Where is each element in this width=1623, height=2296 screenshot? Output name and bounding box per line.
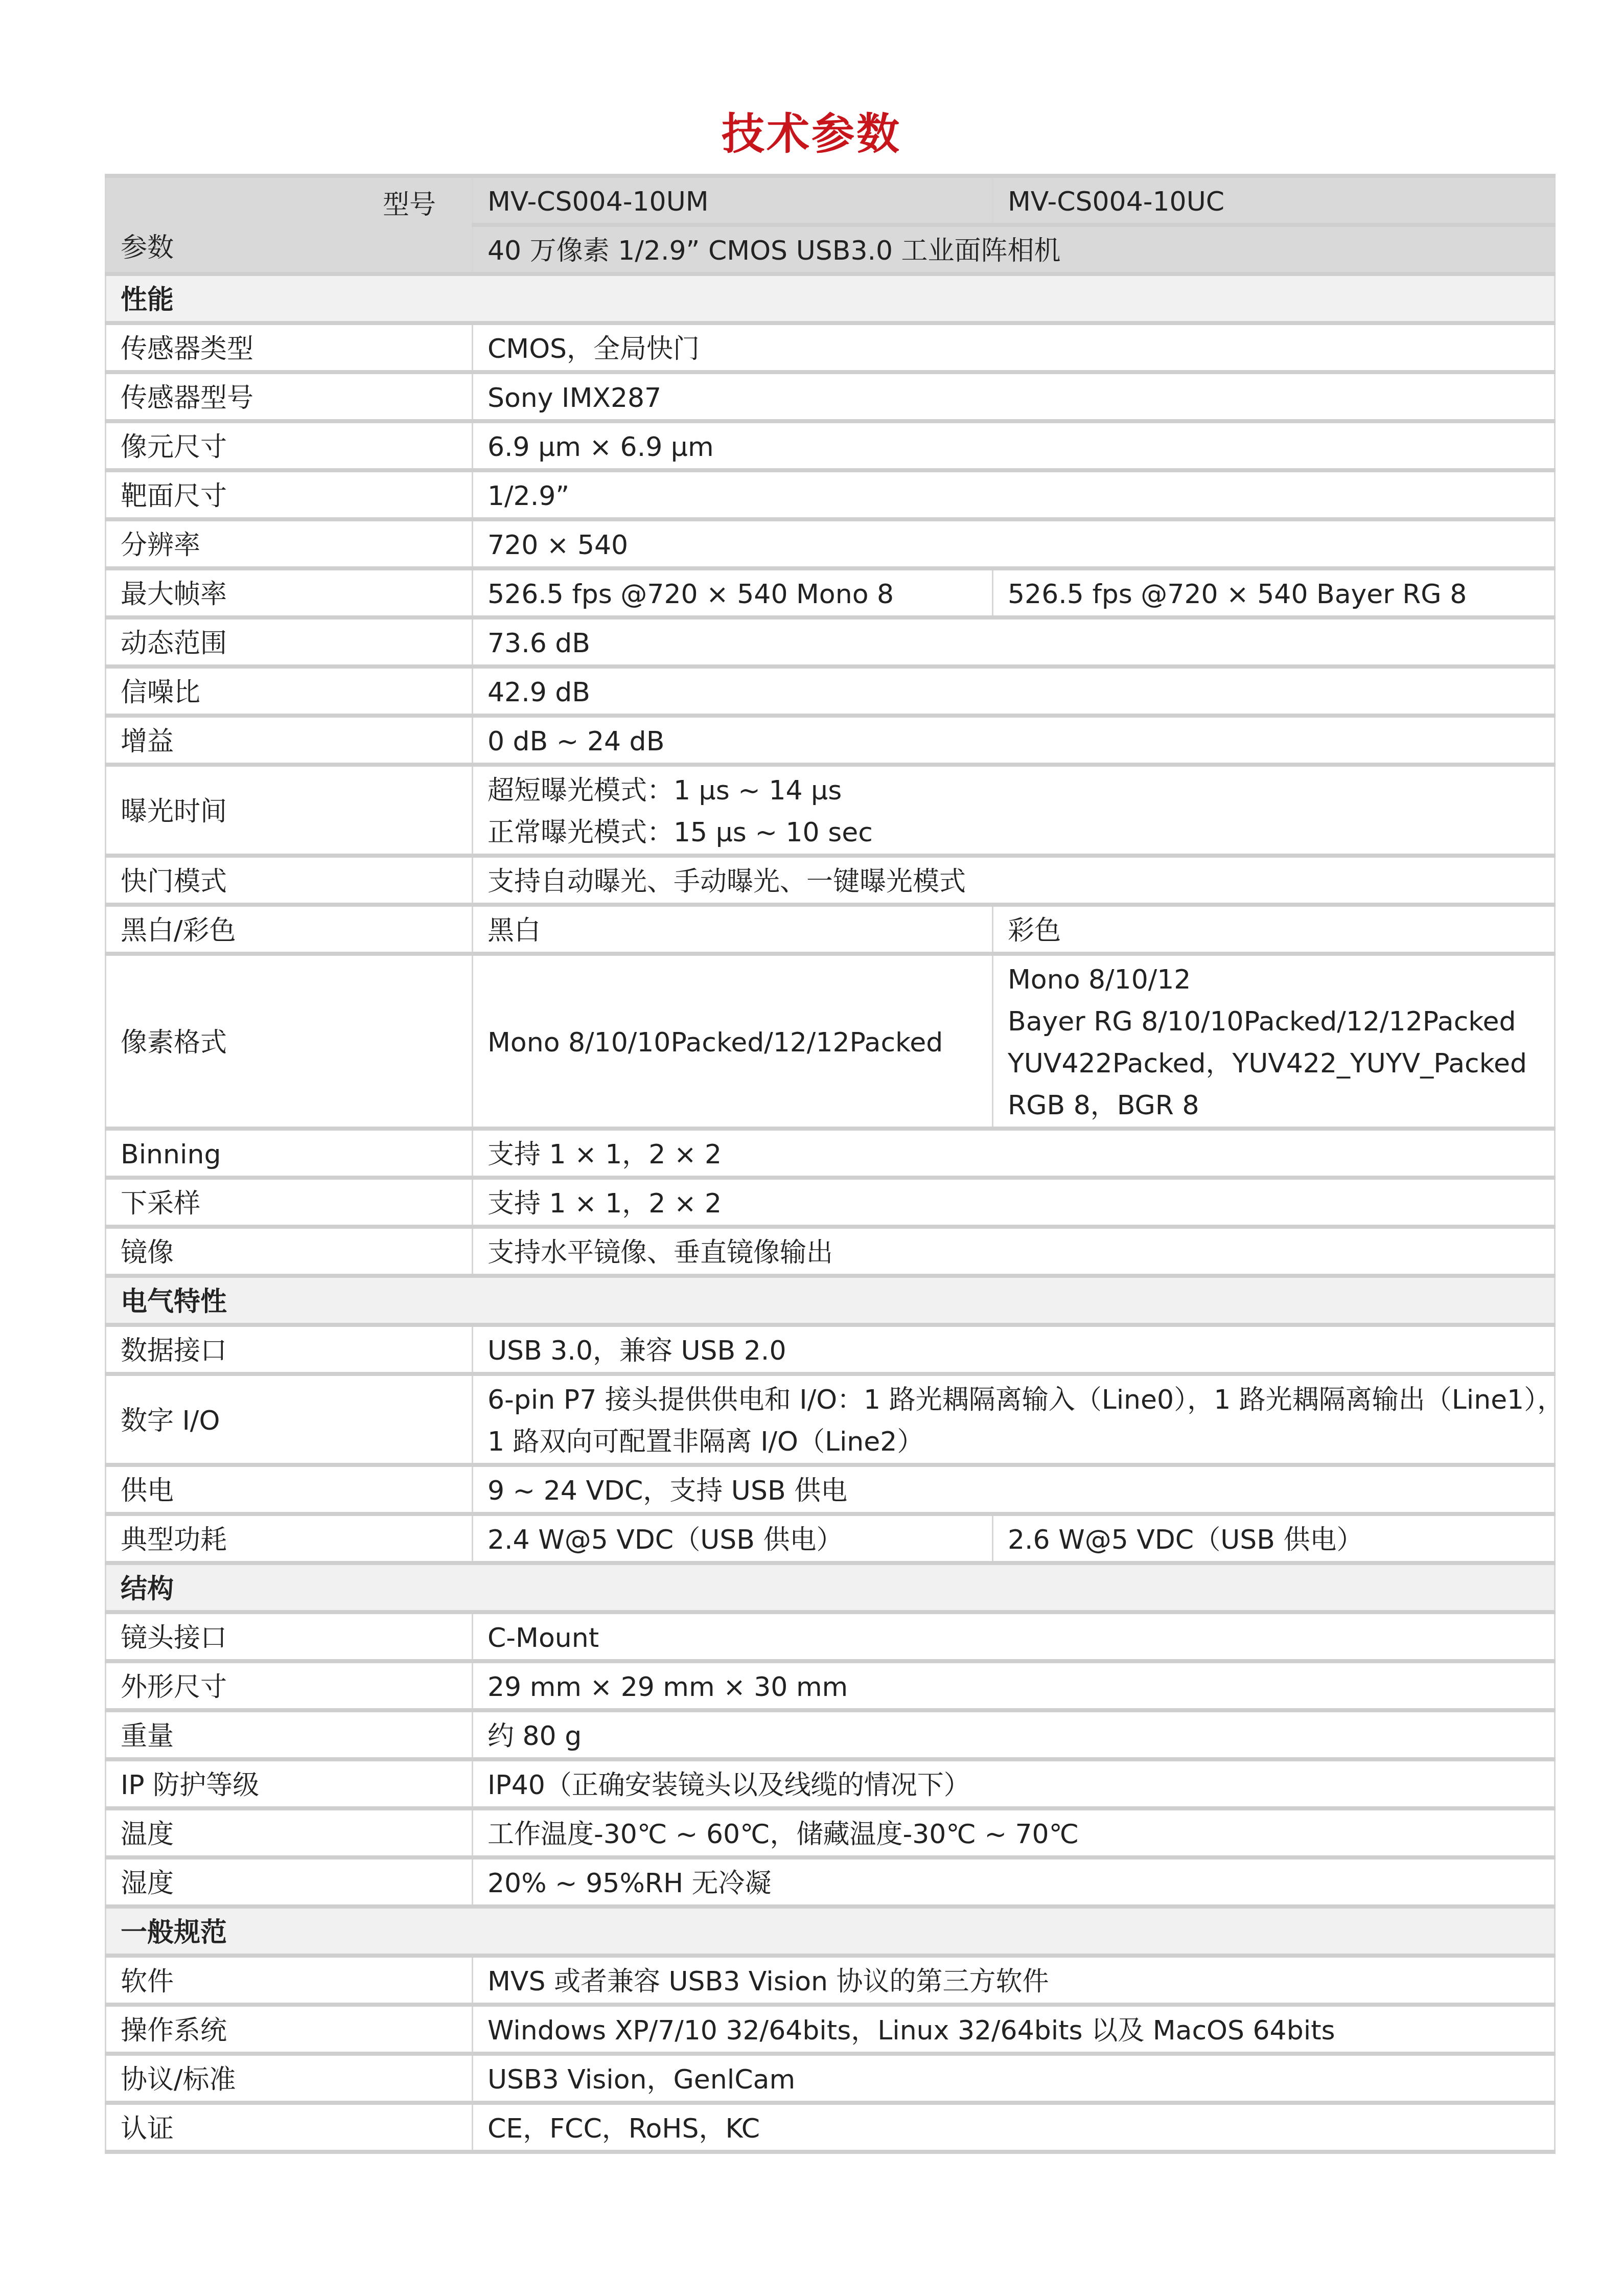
row-label: 信噪比 <box>106 667 473 716</box>
table-row: 曝光时间 超短曝光模式：1 µs ~ 14 µs 正常曝光模式：15 µs ~ … <box>106 765 1555 856</box>
table-row: 湿度 20% ~ 95%RH 无冷凝 <box>106 1857 1555 1907</box>
table-row: 像素格式 Mono 8/10/10Packed/12/12Packed Mono… <box>106 954 1555 1129</box>
row-label: 操作系统 <box>106 2005 473 2054</box>
row-value: C-Mount <box>473 1612 1555 1661</box>
row-value: 支持 1 × 1，2 × 2 <box>473 1178 1555 1227</box>
row-value: 720 × 540 <box>473 519 1555 568</box>
row-value-color: 2.6 W@5 VDC（USB 供电） <box>993 1514 1555 1563</box>
row-label: 快门模式 <box>106 856 473 905</box>
row-value: CMOS，全局快门 <box>473 323 1555 372</box>
row-label: IP 防护等级 <box>106 1759 473 1808</box>
row-label: 最大帧率 <box>106 568 473 617</box>
table-row: 数据接口 USB 3.0，兼容 USB 2.0 <box>106 1325 1555 1374</box>
row-value: CE，FCC，RoHS，KC <box>473 2103 1555 2152</box>
table-row: 外形尺寸 29 mm × 29 mm × 30 mm <box>106 1661 1555 1710</box>
section-row-electrical: 电气特性 <box>106 1276 1555 1325</box>
section-row-general: 一般规范 <box>106 1907 1555 1956</box>
row-value: 0 dB ~ 24 dB <box>473 716 1555 765</box>
row-value: 支持自动曝光、手动曝光、一键曝光模式 <box>473 856 1555 905</box>
row-value: 6-pin P7 接头提供供电和 I/O：1 路光耦隔离输入（Line0），1 … <box>473 1374 1555 1465</box>
row-value: 支持水平镜像、垂直镜像输出 <box>473 1227 1555 1276</box>
header-corner-cell: 型号 参数 <box>106 176 473 274</box>
table-row: 操作系统 Windows XP/7/10 32/64bits，Linux 32/… <box>106 2005 1555 2054</box>
row-value: 42.9 dB <box>473 667 1555 716</box>
row-label: 湿度 <box>106 1857 473 1907</box>
row-label: 数据接口 <box>106 1325 473 1374</box>
product-description: 40 万像素 1/2.9” CMOS USB3.0 工业面阵相机 <box>473 225 1555 274</box>
row-label: 靶面尺寸 <box>106 470 473 519</box>
table-row: 快门模式 支持自动曝光、手动曝光、一键曝光模式 <box>106 856 1555 905</box>
table-row: Binning 支持 1 × 1，2 × 2 <box>106 1129 1555 1178</box>
row-label: 温度 <box>106 1808 473 1857</box>
pixel-format-line: RGB 8，BGR 8 <box>1008 1085 1542 1127</box>
corner-label-param: 参数 <box>121 227 174 269</box>
row-label: 传感器型号 <box>106 372 473 421</box>
section-title: 性能 <box>106 274 1555 323</box>
table-row: 靶面尺寸 1/2.9” <box>106 470 1555 519</box>
row-value: 超短曝光模式：1 µs ~ 14 µs 正常曝光模式：15 µs ~ 10 se… <box>473 765 1555 856</box>
row-label: 传感器类型 <box>106 323 473 372</box>
exposure-normal: 正常曝光模式：15 µs ~ 10 sec <box>488 812 1542 854</box>
row-value: 工作温度-30℃ ~ 60℃，储藏温度-30℃ ~ 70℃ <box>473 1808 1555 1857</box>
row-value-mono: 2.4 W@5 VDC（USB 供电） <box>473 1514 993 1563</box>
row-label: 镜像 <box>106 1227 473 1276</box>
row-label: 分辨率 <box>106 519 473 568</box>
table-row: 认证 CE，FCC，RoHS，KC <box>106 2103 1555 2152</box>
row-label: 像元尺寸 <box>106 421 473 470</box>
row-label: 供电 <box>106 1465 473 1514</box>
row-value: Windows XP/7/10 32/64bits，Linux 32/64bit… <box>473 2005 1555 2054</box>
row-value: 20% ~ 95%RH 无冷凝 <box>473 1857 1555 1907</box>
row-value: 29 mm × 29 mm × 30 mm <box>473 1661 1555 1710</box>
model-color: MV-CS004-10UC <box>993 176 1555 225</box>
table-row: 数字 I/O 6-pin P7 接头提供供电和 I/O：1 路光耦隔离输入（Li… <box>106 1374 1555 1465</box>
row-value: 6.9 µm × 6.9 µm <box>473 421 1555 470</box>
table-row: 温度 工作温度-30℃ ~ 60℃，储藏温度-30℃ ~ 70℃ <box>106 1808 1555 1857</box>
table-row: 增益 0 dB ~ 24 dB <box>106 716 1555 765</box>
table-row: 信噪比 42.9 dB <box>106 667 1555 716</box>
row-value-color: Mono 8/10/12 Bayer RG 8/10/10Packed/12/1… <box>993 954 1555 1129</box>
row-value: Sony IMX287 <box>473 372 1555 421</box>
table-row: 典型功耗 2.4 W@5 VDC（USB 供电） 2.6 W@5 VDC（USB… <box>106 1514 1555 1563</box>
row-value: 约 80 g <box>473 1710 1555 1759</box>
row-label: 动态范围 <box>106 617 473 667</box>
table-row: 传感器类型 CMOS，全局快门 <box>106 323 1555 372</box>
spec-table: 型号 参数 MV-CS004-10UM MV-CS004-10UC 40 万像素… <box>105 174 1556 2154</box>
table-row: 供电 9 ~ 24 VDC，支持 USB 供电 <box>106 1465 1555 1514</box>
table-row: 传感器型号 Sony IMX287 <box>106 372 1555 421</box>
row-value-mono: 黑白 <box>473 905 993 954</box>
row-value-color: 526.5 fps @720 × 540 Bayer RG 8 <box>993 568 1555 617</box>
table-row: 黑白/彩色 黑白 彩色 <box>106 905 1555 954</box>
section-row-mechanical: 结构 <box>106 1563 1555 1612</box>
row-label: 外形尺寸 <box>106 1661 473 1710</box>
row-label: 增益 <box>106 716 473 765</box>
row-value-mono: Mono 8/10/10Packed/12/12Packed <box>473 954 993 1129</box>
row-label: 曝光时间 <box>106 765 473 856</box>
pixel-format-line: Mono 8/10/12 <box>1008 959 1542 1001</box>
section-title: 一般规范 <box>106 1907 1555 1956</box>
row-value-mono: 526.5 fps @720 × 540 Mono 8 <box>473 568 993 617</box>
row-value: 9 ~ 24 VDC，支持 USB 供电 <box>473 1465 1555 1514</box>
digital-io-line: 1 路双向可配置非隔离 I/O（Line2） <box>488 1421 1542 1463</box>
table-row: 最大帧率 526.5 fps @720 × 540 Mono 8 526.5 f… <box>106 568 1555 617</box>
row-value: MVS 或者兼容 USB3 Vision 协议的第三方软件 <box>473 1956 1555 2005</box>
table-row: IP 防护等级 IP40（正确安装镜头以及线缆的情况下） <box>106 1759 1555 1808</box>
row-value: USB 3.0，兼容 USB 2.0 <box>473 1325 1555 1374</box>
table-row: 软件 MVS 或者兼容 USB3 Vision 协议的第三方软件 <box>106 1956 1555 2005</box>
row-value: 支持 1 × 1，2 × 2 <box>473 1129 1555 1178</box>
digital-io-line: 6-pin P7 接头提供供电和 I/O：1 路光耦隔离输入（Line0），1 … <box>488 1379 1542 1421</box>
section-row-performance: 性能 <box>106 274 1555 323</box>
row-value: 1/2.9” <box>473 470 1555 519</box>
row-label: 软件 <box>106 1956 473 2005</box>
row-value: IP40（正确安装镜头以及线缆的情况下） <box>473 1759 1555 1808</box>
row-value: USB3 Vision，GenlCam <box>473 2054 1555 2103</box>
row-value: 73.6 dB <box>473 617 1555 667</box>
exposure-ultrashort: 超短曝光模式：1 µs ~ 14 µs <box>488 770 1542 812</box>
row-label: 认证 <box>106 2103 473 2152</box>
header-row-models: 型号 参数 MV-CS004-10UM MV-CS004-10UC <box>106 176 1555 225</box>
model-mono: MV-CS004-10UM <box>473 176 993 225</box>
row-label: Binning <box>106 1129 473 1178</box>
row-label: 黑白/彩色 <box>106 905 473 954</box>
row-label: 下采样 <box>106 1178 473 1227</box>
page-title: 技术参数 <box>0 100 1623 162</box>
pixel-format-line: YUV422Packed，YUV422_YUYV_Packed <box>1008 1043 1542 1085</box>
table-row: 分辨率 720 × 540 <box>106 519 1555 568</box>
row-label: 像素格式 <box>106 954 473 1129</box>
row-label: 协议/标准 <box>106 2054 473 2103</box>
row-label: 典型功耗 <box>106 1514 473 1563</box>
row-label: 数字 I/O <box>106 1374 473 1465</box>
row-label: 镜头接口 <box>106 1612 473 1661</box>
row-value-color: 彩色 <box>993 905 1555 954</box>
corner-label-model: 型号 <box>383 184 436 226</box>
row-label: 重量 <box>106 1710 473 1759</box>
table-row: 动态范围 73.6 dB <box>106 617 1555 667</box>
table-row: 重量 约 80 g <box>106 1710 1555 1759</box>
section-title: 电气特性 <box>106 1276 1555 1325</box>
table-row: 下采样 支持 1 × 1，2 × 2 <box>106 1178 1555 1227</box>
table-row: 像元尺寸 6.9 µm × 6.9 µm <box>106 421 1555 470</box>
section-title: 结构 <box>106 1563 1555 1612</box>
table-row: 协议/标准 USB3 Vision，GenlCam <box>106 2054 1555 2103</box>
table-row: 镜像 支持水平镜像、垂直镜像输出 <box>106 1227 1555 1276</box>
table-row: 镜头接口 C-Mount <box>106 1612 1555 1661</box>
pixel-format-line: Bayer RG 8/10/10Packed/12/12Packed <box>1008 1001 1542 1043</box>
